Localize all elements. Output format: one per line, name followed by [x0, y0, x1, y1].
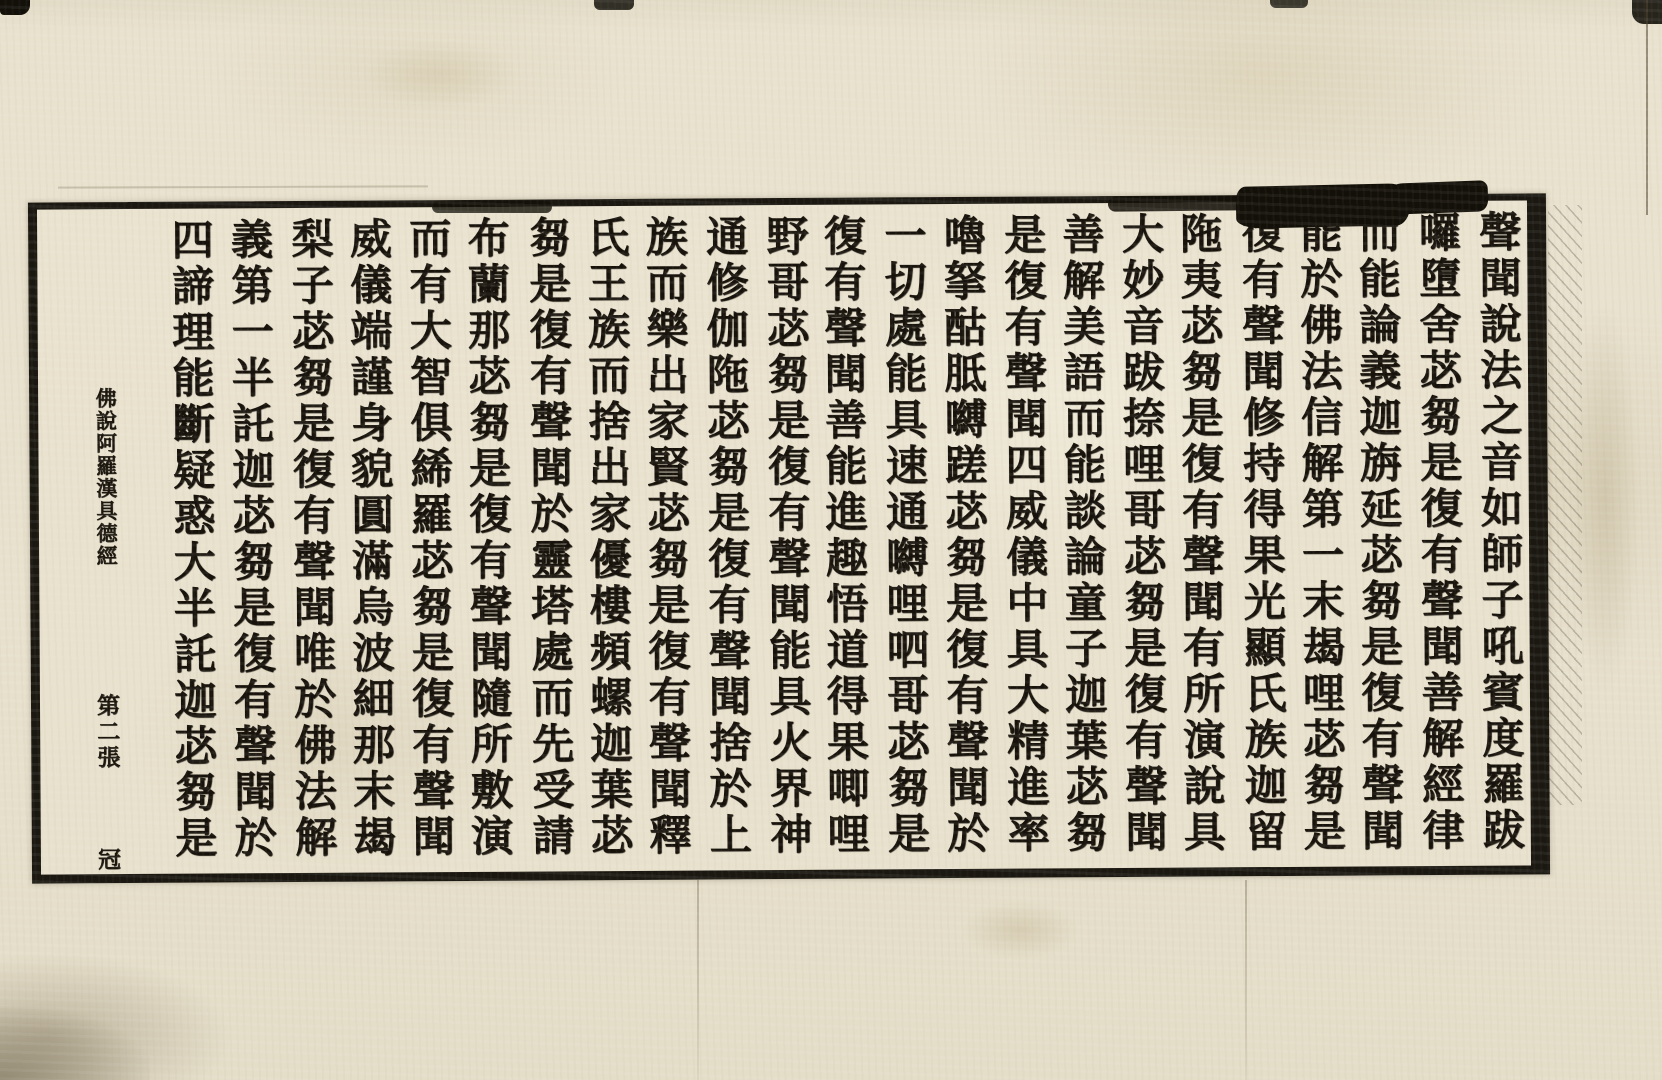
- scanned-sutra-page: { "page": { "kind": "woodblock-printed s…: [0, 0, 1662, 1080]
- sutra-column: 是復有聲聞四威儀中具大精進率: [989, 212, 1052, 868]
- sutra-column: 嚕拏酤胝嚩蹉苾芻是復有聲聞於: [929, 213, 992, 869]
- sutra-column: 義第一半託迦苾芻是復有聲聞於: [216, 217, 279, 873]
- sutra-column: 復有聲聞修持得果光顯氏族迦留: [1227, 211, 1290, 867]
- sheet-number: 第二張: [90, 693, 123, 771]
- sutra-column: 四諦理能斷疑惑大半託迦苾芻是: [157, 217, 220, 873]
- paper-stain: [1570, 300, 1640, 700]
- ink-blob: [1387, 180, 1488, 214]
- sutra-column: 能於佛法信解第一末朅哩苾芻是: [1285, 211, 1348, 867]
- paper-crease-horizontal: [58, 185, 428, 188]
- paper-crease-vertical: [1245, 880, 1247, 1080]
- paper-stain: [360, 40, 520, 110]
- sutra-text-columns: 聲聞說法之音如師子吼賓度羅跋 囉墮舍苾芻是復有聲聞善解經律 而能論義迦旃延苾芻是…: [37, 200, 1531, 874]
- text-block-frame: 聲聞說法之音如師子吼賓度羅跋 囉墮舍苾芻是復有聲聞善解經律 而能論義迦旃延苾芻是…: [28, 193, 1550, 883]
- sutra-column: 囉墮舍苾芻是復有聲聞善解經律: [1404, 210, 1467, 866]
- sutra-column: 而能論義迦旃延苾芻是復有聲聞: [1344, 210, 1407, 866]
- sutra-title: 佛說阿羅漢具德經: [90, 387, 121, 567]
- sutra-column: 陁夷苾芻是復有聲聞有所演說具: [1166, 211, 1229, 867]
- sutra-column: 一切處能具速通嚩哩呬哥苾芻是: [870, 213, 933, 869]
- border-scratches: [1548, 205, 1582, 805]
- sutra-column: 通修伽陁苾芻是復有聲聞捨於上: [692, 214, 755, 870]
- paper-crease-vertical: [697, 880, 699, 1080]
- sutra-column: 威儀端謹身貌圓滿烏波細那末朅: [335, 216, 398, 872]
- sutra-column: 族而樂出家賢苾芻是復有聲聞釋: [631, 215, 694, 871]
- sutra-column: 復有聲聞善能進趣悟道得果唧哩: [809, 214, 872, 870]
- sutra-column: 而有大智俱絺羅苾芻是復有聲聞: [395, 216, 458, 872]
- ink-speck: [594, 0, 634, 10]
- sutra-column: 大妙音跋捺哩哥苾芻是復有聲聞: [1107, 212, 1170, 868]
- sutra-column: 梨子苾芻是復有聲聞唯於佛法解: [277, 217, 340, 873]
- sutra-column: 氏王族而捨出家優樓頻螺迦葉苾: [573, 215, 636, 871]
- ink-speck: [0, 0, 30, 15]
- sutra-column: 野哥苾芻是復有聲聞能具火界神: [752, 214, 815, 870]
- carver-mark: 冠: [91, 847, 124, 870]
- ink-speck: [1270, 0, 1308, 8]
- corner-shadow: [0, 1006, 150, 1080]
- paper-edge-line: [1646, 0, 1648, 215]
- sutra-column: 芻是復有聲聞於靈塔處而先受請: [514, 215, 577, 871]
- ink-blob: [1236, 183, 1411, 229]
- paper-stain: [960, 900, 1080, 960]
- ink-blob: [1108, 195, 1244, 211]
- sutra-column: 聲聞說法之音如師子吼賓度羅跋: [1465, 210, 1528, 866]
- sutra-column: 布蘭那苾芻是復有聲聞隨所敷演: [453, 216, 516, 872]
- sutra-column: 善解美語而能談論童子迦葉苾芻: [1048, 212, 1111, 868]
- ink-blob: [432, 201, 552, 213]
